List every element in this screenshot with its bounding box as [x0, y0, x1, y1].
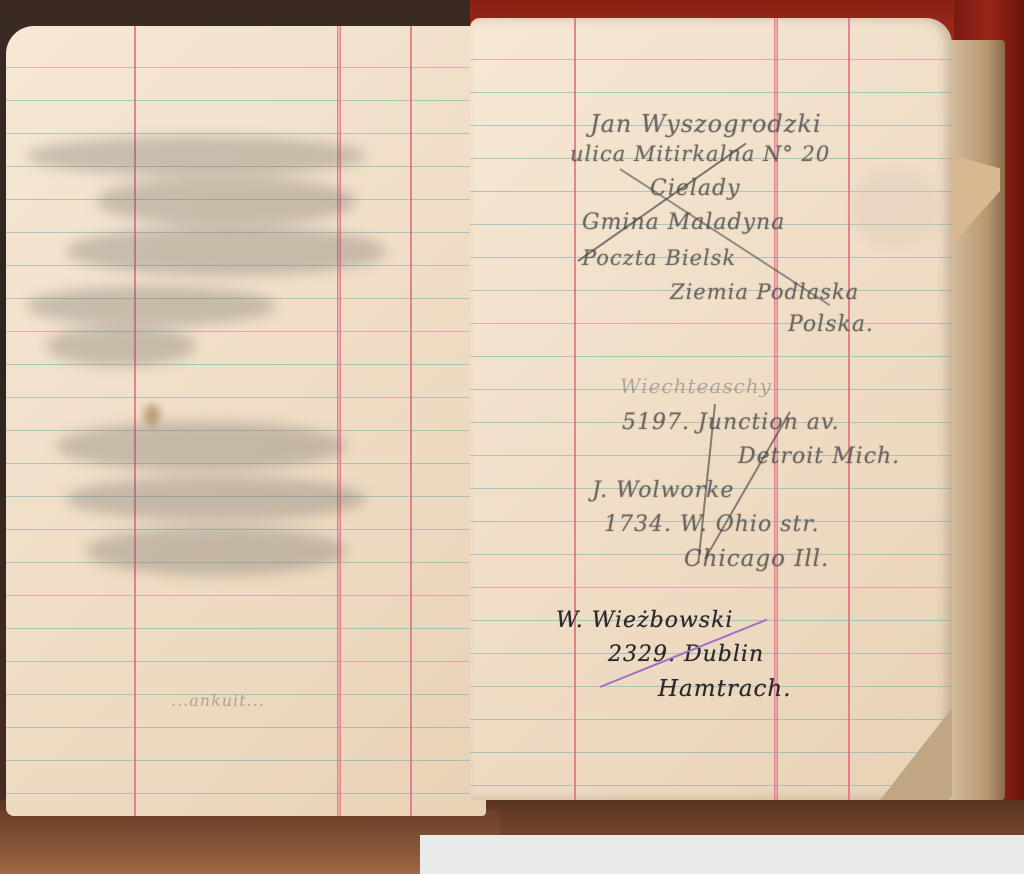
address-line: ulica Mitirkalna N° 20 — [570, 142, 830, 166]
address-line: Ziemia Podlaska — [670, 280, 859, 304]
pencil-smudge — [96, 176, 356, 226]
address-line: 1734. W. Ohio str. — [604, 512, 819, 537]
address-line: Jan Wyszogrodzki — [590, 110, 822, 138]
right-page: Jan Wyszogrodzki ulica Mitirkalna N° 20 … — [470, 18, 952, 800]
margin-line — [848, 18, 850, 800]
address-line: Wiechteaschy — [620, 374, 772, 398]
pencil-smudge — [46, 326, 196, 366]
address-line: Poczta Bielsk — [582, 246, 736, 270]
background-surface — [420, 835, 1024, 874]
pencil-smudge — [26, 136, 366, 176]
page-stack-edge — [945, 40, 1005, 800]
pencil-smudge — [86, 526, 346, 576]
pencil-smudge — [66, 476, 366, 521]
address-line: 2329. Dublin — [608, 642, 764, 667]
water-stain — [850, 168, 940, 248]
address-line: Hamtrach. — [658, 676, 792, 702]
page-stain — [144, 404, 160, 426]
address-line: Gmina Maladyna — [582, 210, 785, 235]
pencil-smudge — [66, 226, 386, 276]
address-line: W. Wieżbowski — [556, 608, 733, 633]
address-line: J. Wolworke — [592, 478, 734, 503]
address-line: Polska. — [788, 312, 874, 337]
margin-line — [574, 18, 576, 800]
left-page: ...ankuit... — [6, 26, 486, 816]
faint-text: ...ankuit... — [171, 691, 265, 710]
address-line: 5197. Junction av. — [622, 410, 840, 435]
margin-line — [410, 26, 412, 816]
pencil-smudge — [56, 421, 346, 471]
pencil-smudge — [26, 286, 276, 326]
